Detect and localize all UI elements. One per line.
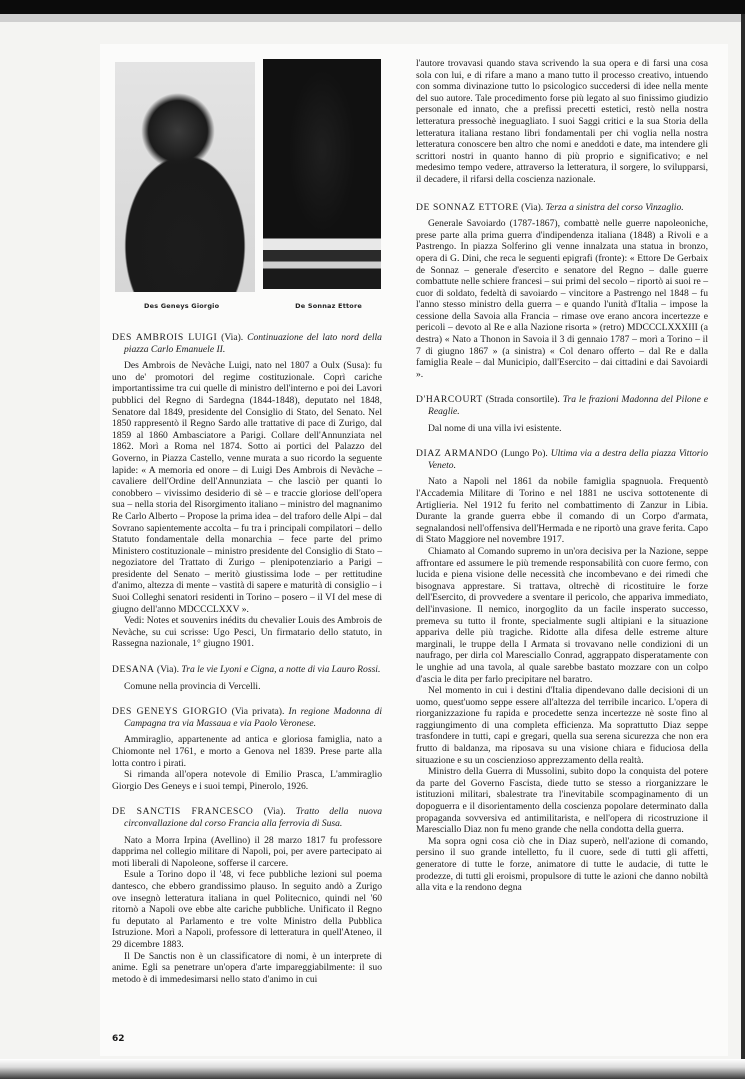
entry-heading: DE SONNAZ ETTORE (Via). Terza a sinistra… (416, 202, 708, 214)
entry-paragraph: Chiamato al Comando supremo in un'ora de… (416, 546, 708, 685)
entry-de-sonnaz: DE SONNAZ ETTORE (Via). Terza a sinistra… (416, 202, 708, 381)
entry-paragraph: Il De Sanctis non è un classificatore di… (112, 951, 382, 986)
street-location: Terza a sinistra del corso Vinzaglio. (546, 202, 684, 213)
entry-des-ambrois: DES AMBROIS LUIGI (Via). Continuazione d… (112, 332, 382, 650)
entry-heading: D'HARCOURT (Strada consortile). Tra le f… (416, 394, 708, 417)
street-name: DES AMBROIS LUIGI (112, 332, 217, 343)
street-type: (Via). (521, 202, 543, 213)
continued-paragraph: l'autore trovavasi quando stava scrivend… (416, 58, 708, 186)
caption-de-sonnaz: De Sonnaz Ettore (295, 302, 362, 310)
entry-paragraph: Ma sopra ogni cosa ciò che in Diaz super… (416, 836, 708, 894)
caption-des-geneys: Des Geneys Giorgio (144, 302, 219, 310)
right-column: l'autore trovavasi quando stava scrivend… (416, 58, 708, 894)
scan-top-border (0, 0, 745, 14)
street-type: (Strada consortile). (486, 394, 560, 405)
photo-captions: Des Geneys Giorgio De Sonnaz Ettore (112, 292, 382, 310)
entry-diaz-armando: DIAZ ARMANDO (Lungo Po). Ultima via a de… (416, 448, 708, 894)
entry-paragraph: Nato a Morra Irpina (Avellino) il 28 mar… (112, 835, 382, 870)
scan-right-border (741, 14, 745, 1079)
street-type: (Lungo Po). (501, 448, 548, 459)
entry-heading: DES GENEYS GIORGIO (Via privata). In reg… (112, 706, 382, 729)
entry-paragraph: Ammiraglio, appartenente ad antica e glo… (112, 734, 382, 769)
entry-dharcourt: D'HARCOURT (Strada consortile). Tra le f… (416, 394, 708, 434)
entry-paragraph: Si rimanda all'opera notevole di Emilio … (112, 769, 382, 792)
entry-de-sanctis: DE SANCTIS FRANCESCO (Via). Tratto della… (112, 806, 382, 985)
street-type: (Via). (157, 664, 179, 675)
left-column: Des Geneys Giorgio De Sonnaz Ettore DES … (112, 52, 382, 985)
entry-paragraph: Comune nella provincia di Vercelli. (112, 681, 382, 693)
street-name: D'HARCOURT (416, 394, 483, 405)
entry-paragraph: Dal nome di una villa ivi esistente. (416, 423, 708, 435)
monument-photo (263, 59, 381, 289)
entry-paragraph: Ministro della Guerra di Mussolini, subi… (416, 766, 708, 836)
street-name: DE SONNAZ ETTORE (416, 202, 519, 213)
entry-heading: DE SANCTIS FRANCESCO (Via). Tratto della… (112, 806, 382, 829)
entry-paragraph: Generale Savoiardo (1787-1867), combattè… (416, 218, 708, 380)
street-location: Tra le vie Lyoni e Cigna, a notte di via… (181, 664, 380, 675)
scan-bottom-border (0, 1059, 745, 1079)
street-type: (Via). (264, 806, 286, 817)
street-name: DES GENEYS GIORGIO (112, 706, 227, 717)
page-number: 62 (112, 1034, 125, 1044)
street-type: (Via privata). (232, 706, 285, 717)
entry-paragraph: Vedi: Notes et souvenirs inédits du chev… (112, 615, 382, 650)
entry-heading: DESANA (Via). Tra le vie Lyoni e Cigna, … (112, 664, 382, 676)
entry-heading: DIAZ ARMANDO (Lungo Po). Ultima via a de… (416, 448, 708, 471)
entry-heading: DES AMBROIS LUIGI (Via). Continuazione d… (112, 332, 382, 355)
scan-top-shadow (0, 14, 745, 22)
street-name: DESANA (112, 664, 155, 675)
street-name: DIAZ ARMANDO (416, 448, 498, 459)
entry-desana: DESANA (Via). Tra le vie Lyoni e Cigna, … (112, 664, 382, 692)
photo-row (112, 52, 382, 292)
entry-paragraph: Nel momento in cui i destini d'Italia di… (416, 685, 708, 766)
portrait-photo (115, 62, 255, 292)
street-name: DE SANCTIS FRANCESCO (112, 806, 253, 817)
entry-paragraph: Nato a Napoli nel 1861 da nobile famigli… (416, 476, 708, 546)
entry-des-geneys: DES GENEYS GIORGIO (Via privata). In reg… (112, 706, 382, 792)
entry-paragraph: Des Ambrois de Nevàche Luigi, nato nel 1… (112, 360, 382, 615)
entry-paragraph: Esule a Torino dopo il '48, vi fece pubb… (112, 869, 382, 950)
street-type: (Via). (221, 332, 243, 343)
